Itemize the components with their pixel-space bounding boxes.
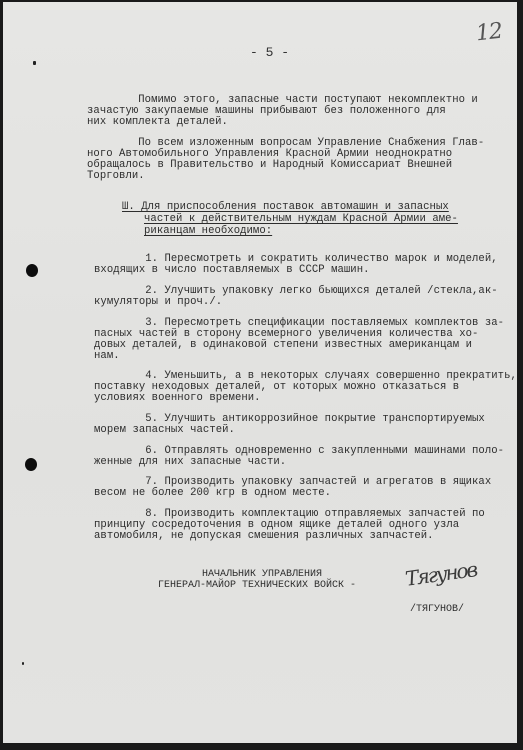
page-number: - 5 - [250,45,289,60]
margin-mark [22,662,24,665]
punch-hole-icon [25,458,37,471]
signatory-position: НАЧАЛЬНИК УПРАВЛЕНИЯ [202,569,322,580]
signatory-rank: ГЕНЕРАЛ-МАЙОР ТЕХНИЧЕСКИХ ВОЙСК - [158,580,356,591]
signatory-name: /ТЯГУНОВ/ [410,604,464,615]
margin-mark [33,61,36,65]
document-page: 12 - 5 - Помимо этого, запасные части по… [3,2,517,743]
section-heading-line-2: частей к действительным нуждам Красной А… [144,214,458,225]
section-heading-line-1: Ш. Для приспособления поставок автомашин… [122,202,449,213]
punch-hole-icon [26,264,38,277]
paragraph-incomplete-parts: Помимо этого, запасные части поступают н… [87,95,478,128]
list-item: 2. Улучшить упаковку легко бьющихся дета… [94,286,498,308]
paragraph-appeals: По всем изложенным вопросам Управление С… [87,138,484,182]
list-item: 7. Производить упаковку запчастей и агре… [94,477,491,499]
list-item: 4. Уменьшить, а в некоторых случаях сове… [94,371,517,404]
list-item: 6. Отправлять одновременно с закупленным… [94,446,504,468]
section-heading-line-3: риканцам необходимо: [144,226,272,237]
list-item: 8. Производить комплектацию отправляемых… [94,509,485,542]
list-item: 3. Пересмотреть спецификации поставляемы… [94,318,504,362]
handwritten-signature: Тягунов [404,557,478,591]
list-item: 1. Пересмотреть и сократить количество м… [94,254,498,276]
archive-page-number: 12 [475,19,503,47]
list-item: 5. Улучшить антикоррозийное покрытие тра… [94,414,485,436]
